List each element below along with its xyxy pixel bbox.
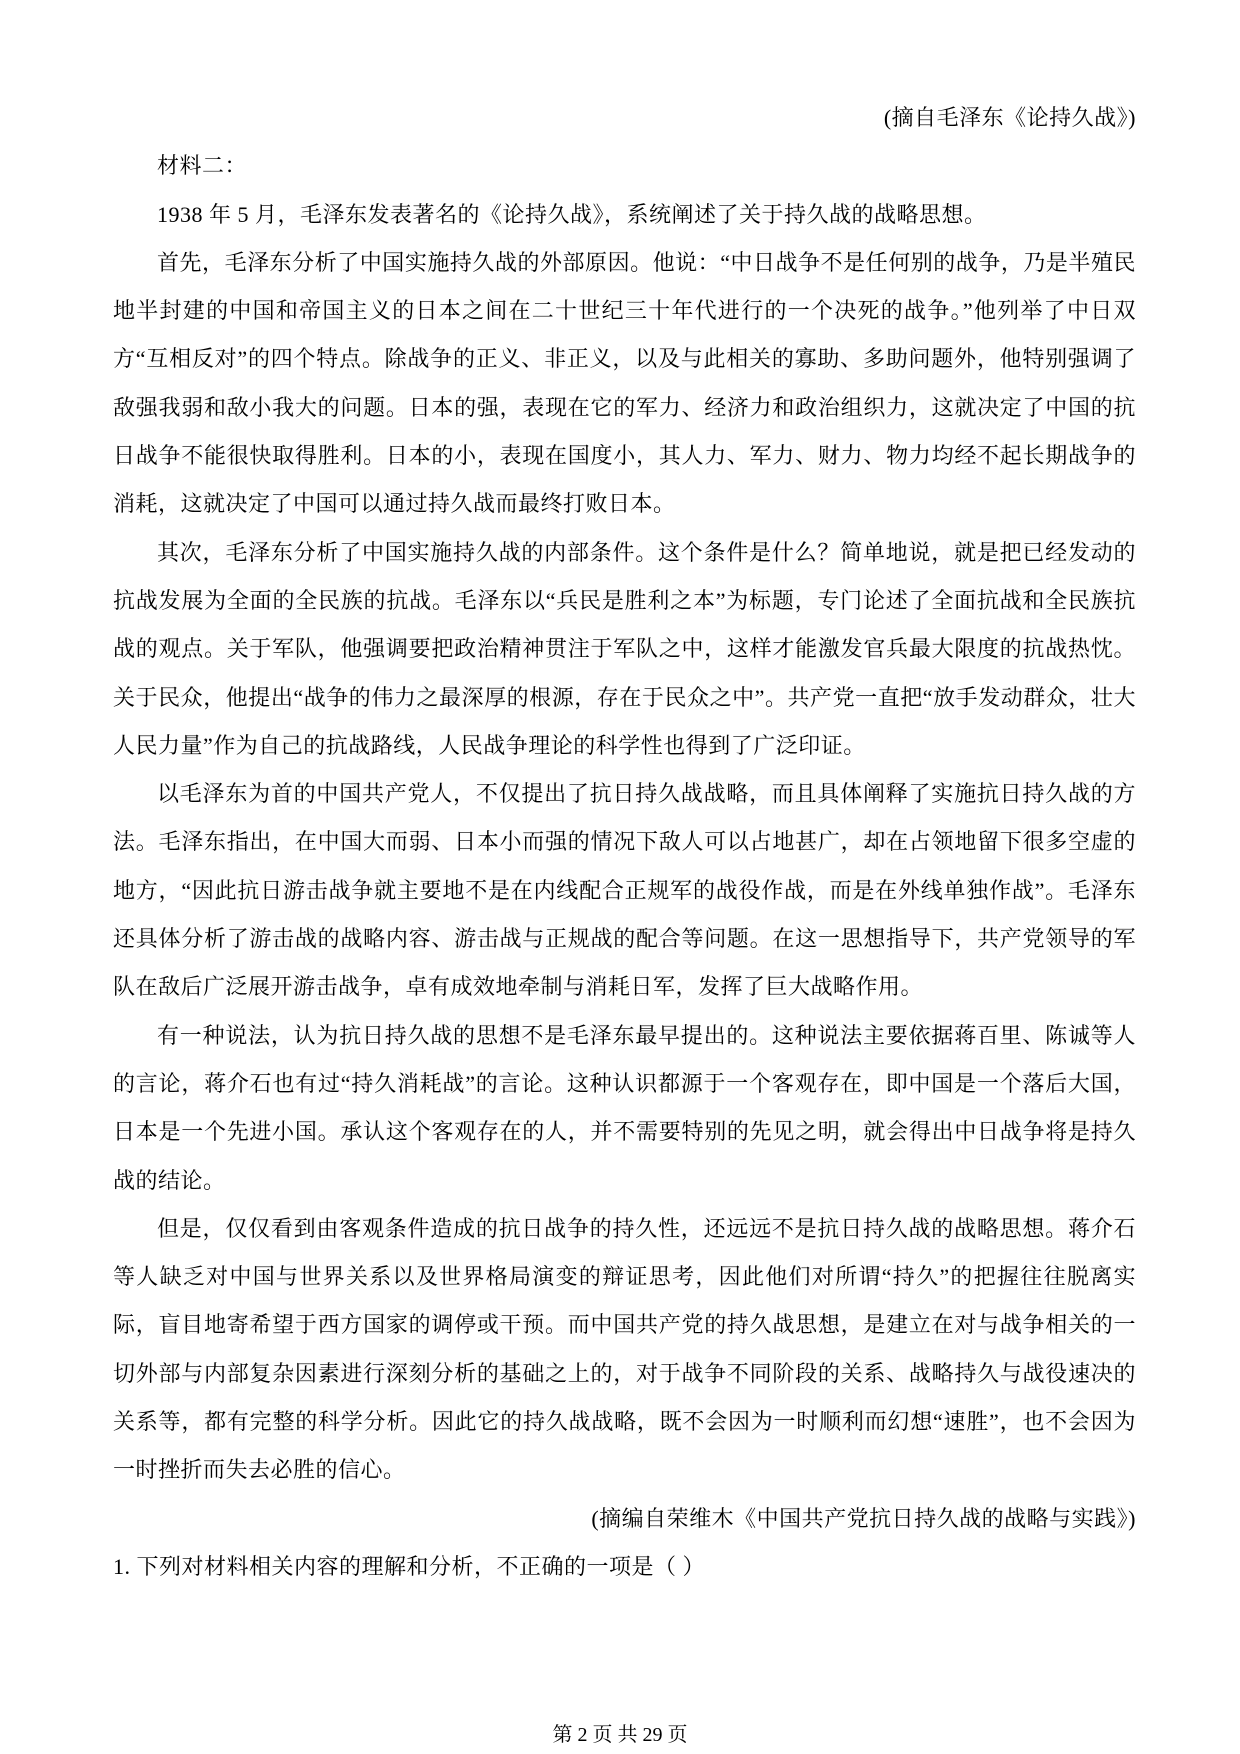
question-1: 1. 下列对材料相关内容的理解和分析，不正确的一项是（ ） <box>113 1543 1136 1591</box>
paragraph-alternative-claim: 有一种说法，认为抗日持久战的思想不是毛泽东最早提出的。这种说法主要依据蒋百里、陈… <box>113 1012 1136 1205</box>
material-two-attribution: (摘编自荣维木《中国共产党抗日持久战的战略与实践》) <box>113 1495 1136 1543</box>
document-body: (摘自毛泽东《论持久战》) 材料二： 1938 年 5 月，毛泽东发表著名的《论… <box>113 94 1136 1591</box>
paragraph-intro-1938: 1938 年 5 月，毛泽东发表著名的《论持久战》，系统阐述了关于持久战的战略思… <box>113 191 1136 239</box>
paragraph-external-causes: 首先，毛泽东分析了中国实施持久战的外部原因。他说：“中日战争不是任何别的战争，乃… <box>113 239 1136 529</box>
document-page: (摘自毛泽东《论持久战》) 材料二： 1938 年 5 月，毛泽东发表著名的《论… <box>0 0 1240 1754</box>
paragraph-internal-conditions: 其次，毛泽东分析了中国实施持久战的内部条件。这个条件是什么？简单地说，就是把已经… <box>113 529 1136 770</box>
page-number-footer: 第 2 页 共 29 页 <box>0 1720 1240 1750</box>
material-one-attribution: (摘自毛泽东《论持久战》) <box>113 94 1136 142</box>
paragraph-dialectical-analysis: 但是，仅仅看到由客观条件造成的抗日战争的持久性，还远远不是抗日持久战的战略思想。… <box>113 1205 1136 1495</box>
paragraph-guerrilla-strategy: 以毛泽东为首的中国共产党人，不仅提出了抗日持久战战略，而且具体阐释了实施抗日持久… <box>113 770 1136 1011</box>
material-two-label: 材料二： <box>113 142 1136 190</box>
